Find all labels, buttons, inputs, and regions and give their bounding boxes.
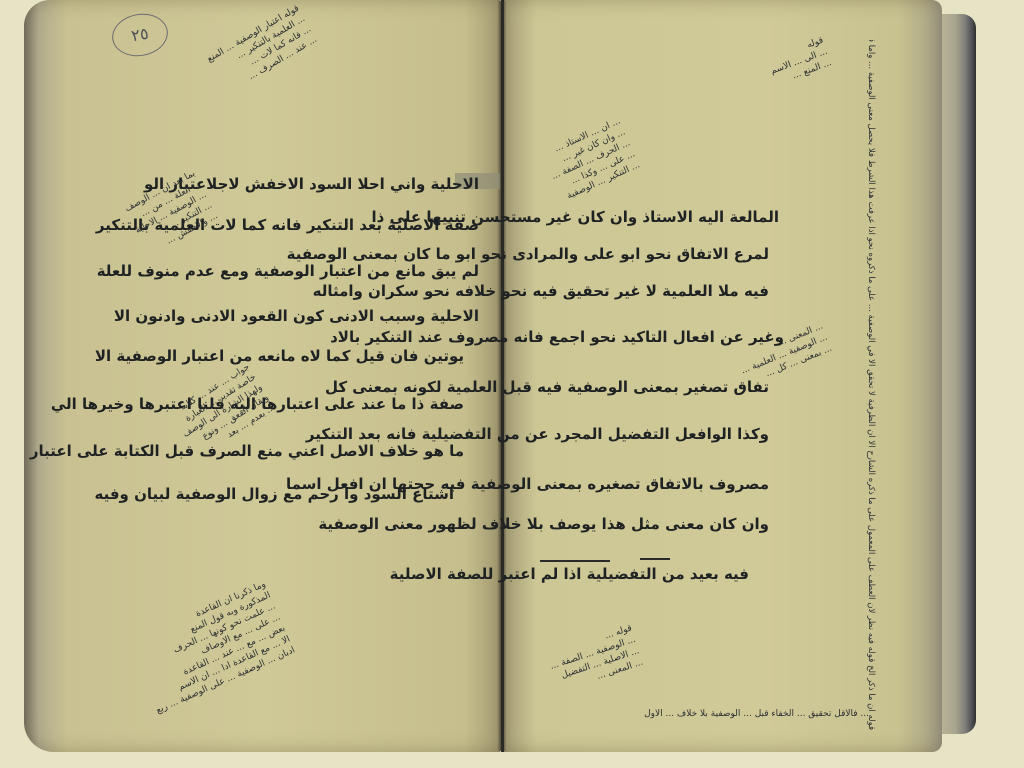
book-gutter bbox=[501, 0, 504, 752]
main-text-line: فيه بعيد من التفضيلية اذا لم اعتبر للصفة… bbox=[390, 565, 749, 583]
main-text-line: وان كان معنى مثل هذا يوصف بلا خلاف لظهور… bbox=[318, 515, 769, 533]
book-fore-edge bbox=[942, 14, 976, 734]
main-text-line: لمرع الاتفاق نحو ابو على والمرادى نحو اب… bbox=[287, 245, 769, 263]
main-text-line: فيه ملا العلمية لا غير تحقيق فيه نحو خلا… bbox=[313, 282, 769, 300]
main-text-line: لم يبق مانع من اعتبار الوصفية ومع عدم من… bbox=[97, 262, 479, 280]
main-text-line: ما هو خلاف الاصل اعني منع الصرف قبل الكت… bbox=[30, 442, 464, 460]
rubric-overline bbox=[540, 560, 610, 562]
rubric-overline bbox=[640, 558, 670, 560]
main-text-line: الاحلية وسبب الادنى كون القعود الادنى وا… bbox=[114, 307, 479, 325]
vertical-marginal-gloss: قوله ان ما ذكر الخ قوله فيه نظر لان العط… bbox=[862, 40, 876, 730]
main-text-line: مصروف بالاتفاق تصغيره بمعنى الوصفية فيه … bbox=[286, 475, 769, 493]
main-text-line: المالعة اليه الاستاذ وان كان غير مستحسن … bbox=[372, 208, 779, 226]
main-text-line: تفاق تصغير بمعنى الوصفية فيه قبل العلمية… bbox=[325, 378, 769, 396]
main-text-line: وغير عن افعال التاكيد نحو اجمع فانه مصرو… bbox=[330, 328, 784, 346]
main-text-line: وكذا الوافعل التفضيل المجرد عن من التفضي… bbox=[306, 425, 769, 443]
main-text-line: يوتين فان قيل كما لاه مانعه من اعتبار ال… bbox=[95, 347, 464, 365]
footer-gloss-line: ... فالاقل تحقيق ... الخفاء قبل ... الوص… bbox=[644, 708, 869, 720]
right-page bbox=[502, 0, 942, 752]
